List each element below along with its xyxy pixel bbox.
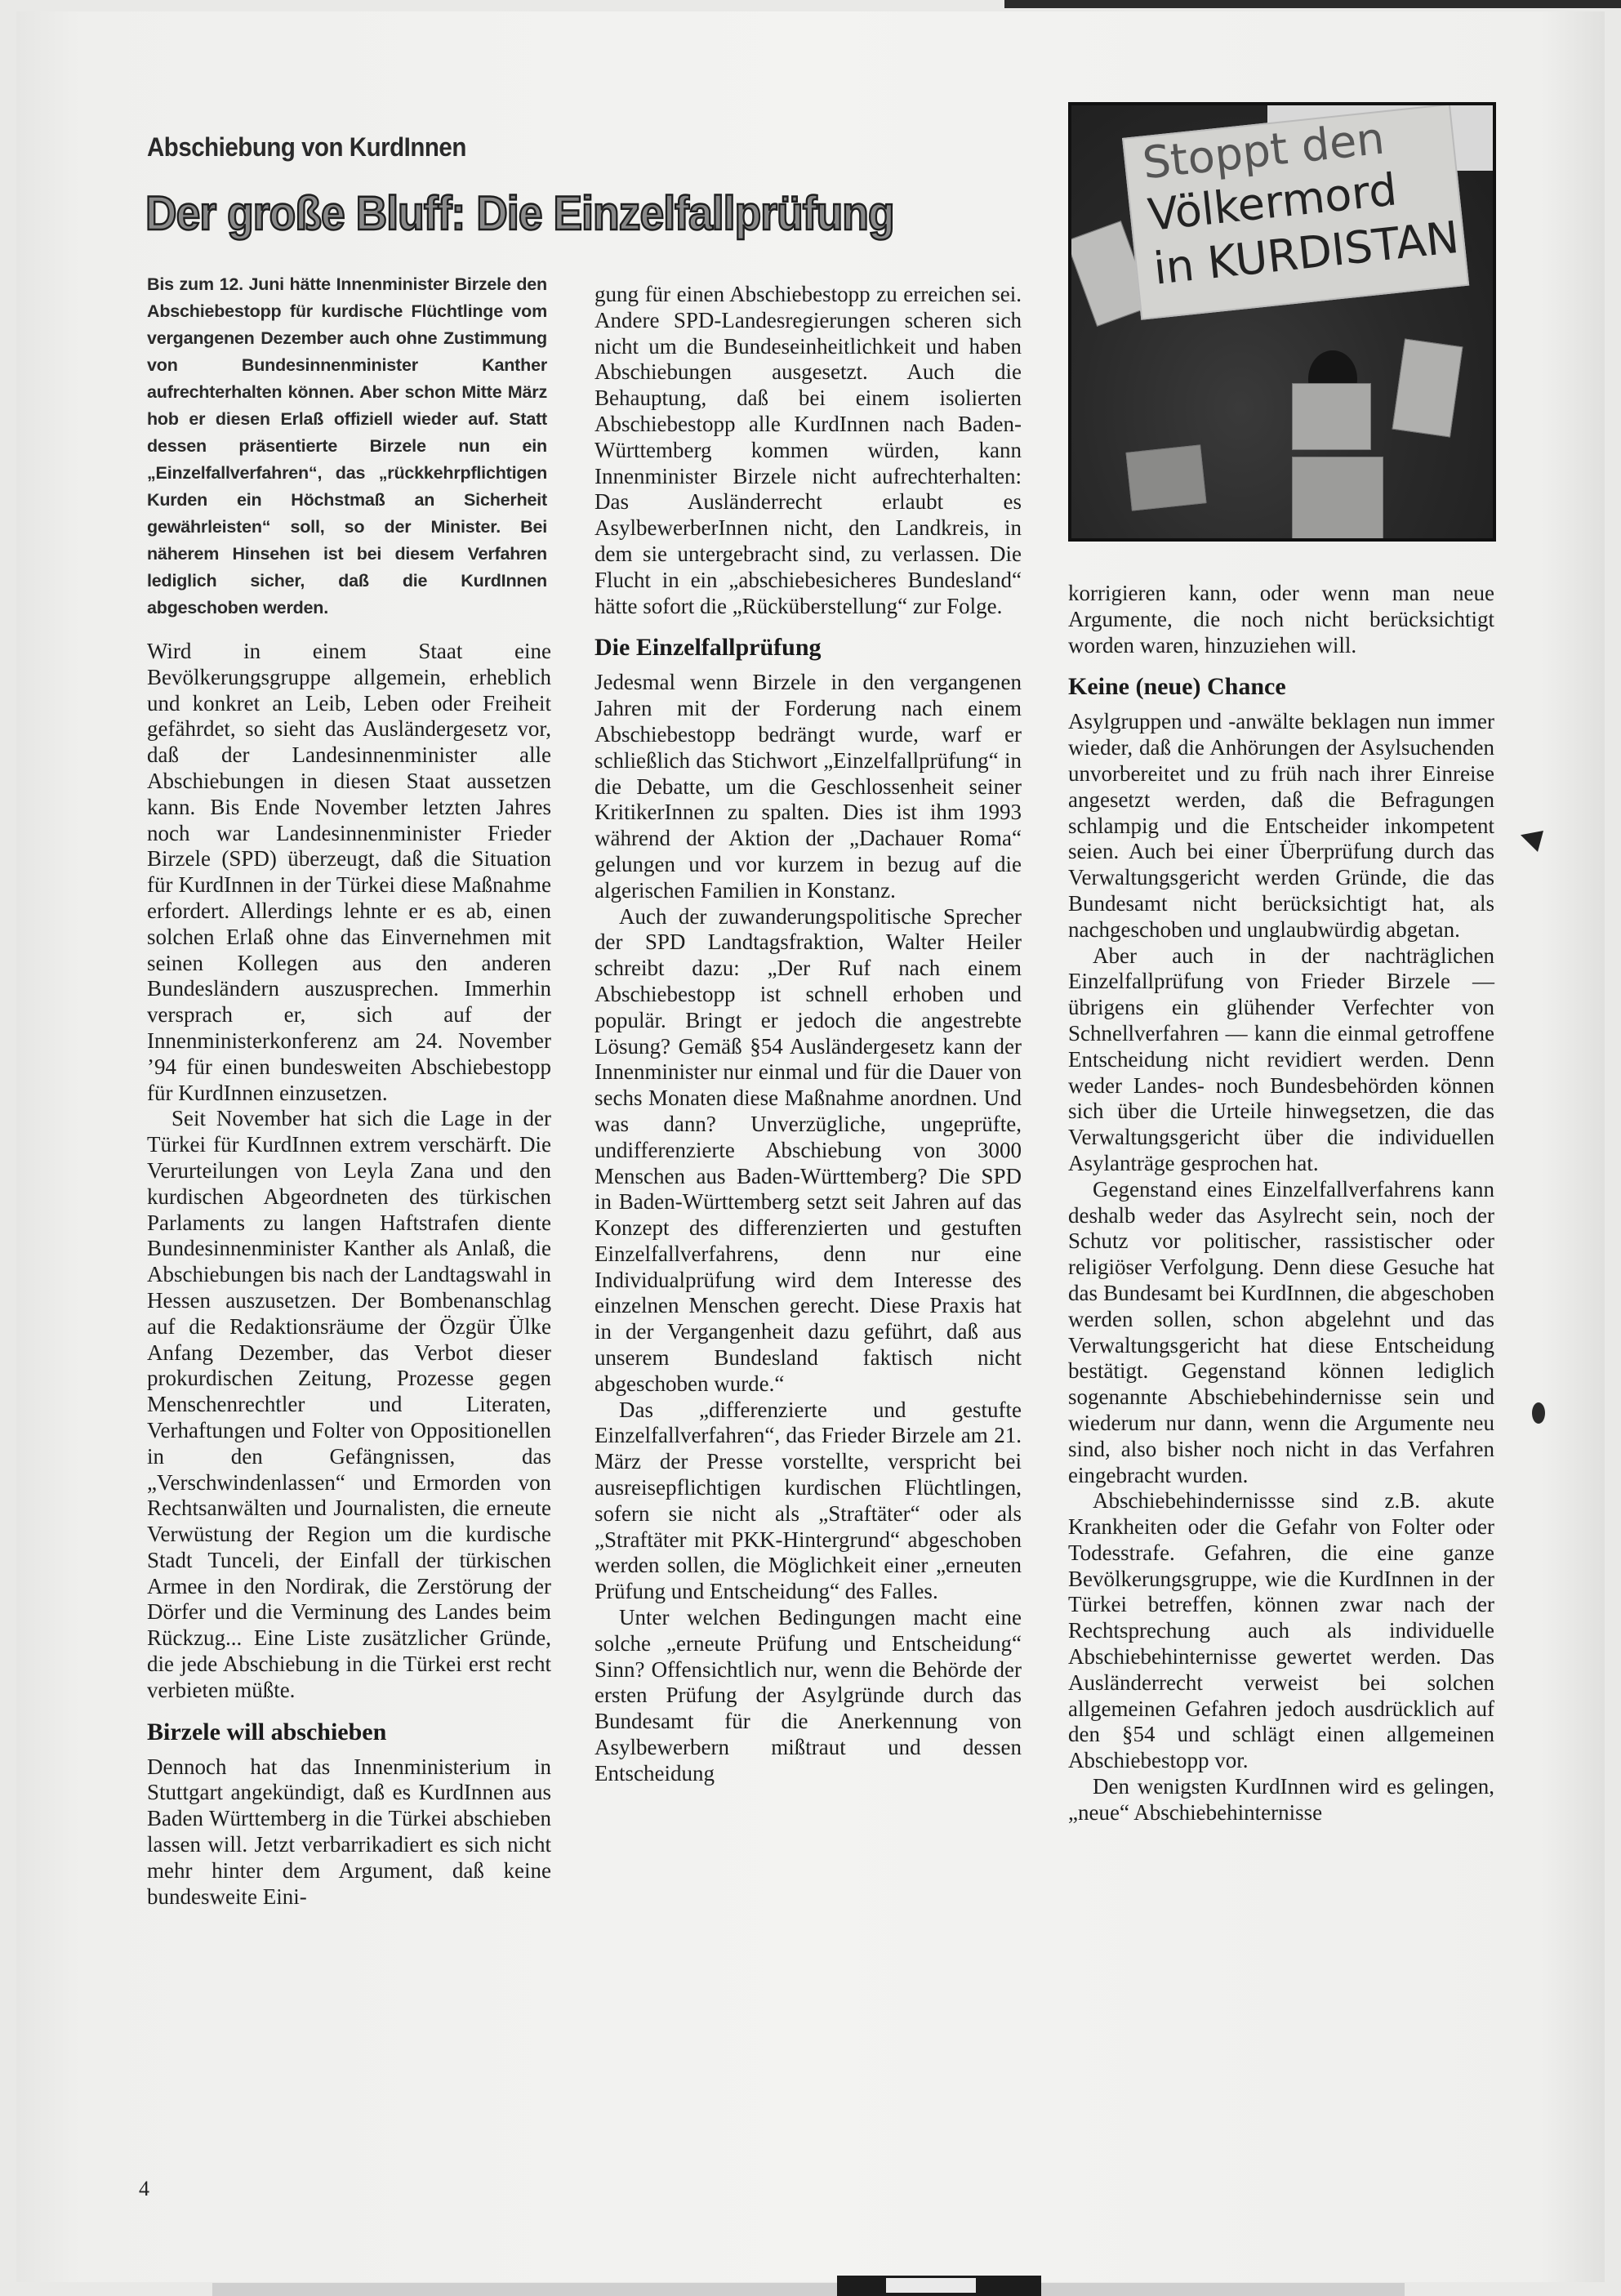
paragraph: Dennoch hat das Innenministerium in Stut… [147,1754,551,1910]
paragraph: Unter welchen Bedingungen macht eine sol… [595,1605,1022,1787]
sign [1392,339,1463,438]
article-kicker: Abschiebung von KurdInnen [147,132,466,163]
protest-photo: Stoppt den Völkermord in KURDISTAN! [1068,102,1496,542]
paragraph: Das „differenzierte und gestufte Einzelf… [595,1398,1022,1605]
paragraph: korrigieren kann, oder wenn man neue Arg… [1068,581,1494,658]
scan-bottom-artifact [886,2278,976,2293]
page-number: 4 [139,2177,149,2201]
paragraph: Wird in einem Staat eine Bevölkerungsgru… [147,639,551,1106]
subheading: Die Einzelfallprüfung [595,634,1022,662]
paragraph: Den wenigsten KurdInnen wird es gelingen… [1068,1774,1494,1826]
scan-bottom-edge [212,2283,1405,2296]
sign [1292,383,1371,450]
sign [1125,444,1206,510]
subheading: Birzele will abschieben [147,1719,551,1746]
sign [1292,457,1383,540]
paragraph: Gegenstand eines Einzelfallverfahrens ka… [1068,1177,1494,1489]
paragraph: gung für einen Abschiebestopp zu erreich… [595,282,1022,619]
punch-hole-mark [1532,1402,1545,1424]
paragraph: Auch der zuwanderungspolitische Sprecher… [595,904,1022,1398]
paragraph: Asylgruppen und -anwälte beklagen nun im… [1068,709,1494,943]
protest-banner: Stoppt den Völkermord in KURDISTAN! [1122,104,1469,320]
paragraph: Aber auch in der nachträglichen Einzelfa… [1068,943,1494,1177]
paragraph: Jedesmal wenn Birzele in den vergangenen… [595,670,1022,903]
column-2: gung für einen Abschiebestopp zu erreich… [595,282,1022,1787]
column-1: Wird in einem Staat eine Bevölkerungsgru… [147,639,551,1910]
column-3: korrigieren kann, oder wenn man neue Arg… [1068,581,1494,1826]
article-lead: Bis zum 12. Juni hätte Innenminister Bir… [147,271,547,622]
paragraph: Seit November hat sich die Lage in der T… [147,1106,551,1703]
article-headline: Der große Bluff: Die Einzelfallprüfung [145,186,894,241]
subheading: Keine (neue) Chance [1068,673,1494,701]
paragraph: Abschiebehindernissse sind z.B. akute Kr… [1068,1488,1494,1774]
scan-edge-bar [1004,0,1621,8]
